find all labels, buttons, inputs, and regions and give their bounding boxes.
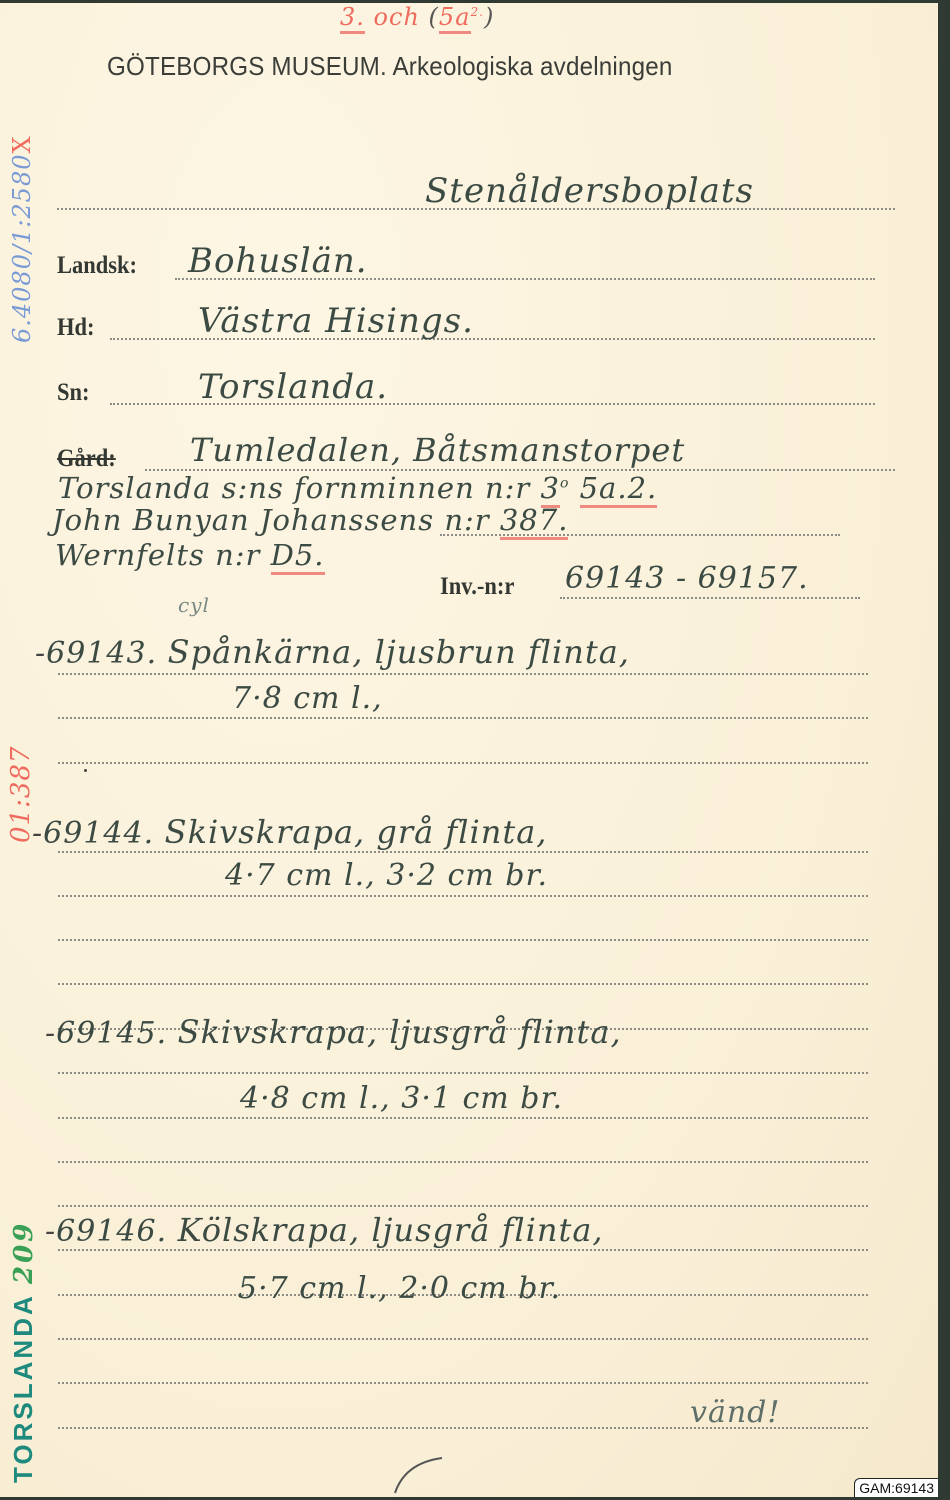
ruled-line bbox=[58, 1249, 868, 1251]
inv-label: Inv.-n:r bbox=[440, 573, 514, 601]
ref-3: 3. bbox=[340, 3, 365, 34]
x-mark-icon: X bbox=[8, 135, 36, 153]
entry-69143: -69143. Spånkärna, ljusbrun flinta, bbox=[35, 633, 630, 671]
entry-description: Skivskrapa, ljusgrå flinta, bbox=[178, 1013, 622, 1051]
entry-number: 69143. bbox=[46, 636, 157, 671]
sn-value: Torslanda. bbox=[198, 367, 388, 407]
note-och: o bbox=[560, 475, 569, 491]
note-ref: D5. bbox=[271, 538, 325, 575]
sn-label: Sn: bbox=[57, 379, 90, 407]
note-ref: 387. bbox=[500, 503, 569, 540]
ink-dot bbox=[84, 769, 87, 772]
ruled-line bbox=[58, 1382, 868, 1384]
ruled-line bbox=[58, 1072, 868, 1074]
entry-description: Kölskrapa, ljusgrå flinta, bbox=[178, 1211, 604, 1249]
header-title: GÖTEBORGS MUSEUM. Arkeologiska avdelning… bbox=[107, 51, 673, 82]
ruled-line bbox=[58, 717, 868, 719]
landsk-label: Landsk: bbox=[57, 252, 137, 280]
note-ref: 5a.2. bbox=[580, 471, 658, 508]
ruled-line bbox=[58, 762, 868, 764]
ruled-line bbox=[58, 1117, 868, 1119]
entry-number: 69144. bbox=[43, 816, 154, 851]
hd-label: Hd: bbox=[57, 314, 95, 342]
gard-label: Gård: bbox=[57, 445, 116, 473]
entry-69144: -69144. Skivskrapa, grå flinta, bbox=[32, 813, 547, 851]
note-text: Wernfelts n:r bbox=[55, 538, 260, 572]
catalog-card: 3. och (5a2.) GÖTEBORGS MUSEUM. Arkeolog… bbox=[0, 3, 938, 1497]
parish-stamp: TORSLANDA 209 bbox=[8, 1221, 39, 1483]
ruled-line bbox=[58, 939, 868, 941]
entry-69146-measure: 5·7 cm l., 2·0 cm br. bbox=[238, 1271, 561, 1306]
entry-69145: -69145. Skivskrapa, ljusgrå flinta, bbox=[45, 1013, 622, 1051]
margin-blue-note: 6.4080/1:2580X bbox=[8, 135, 36, 343]
entry-description: Spånkärna, ljusbrun flinta, bbox=[168, 633, 630, 671]
note-wernfelt: Wernfelts n:r D5. bbox=[55, 538, 325, 572]
stamp-number: 209 bbox=[9, 1221, 39, 1284]
note-text: Torslanda s:ns fornminnen n:r bbox=[58, 471, 530, 505]
ruled-line bbox=[58, 1161, 868, 1163]
pencil-note: cyl bbox=[178, 593, 210, 617]
note-text: John Bunyan Johanssens n:r bbox=[52, 503, 490, 537]
ruled-line bbox=[58, 851, 868, 853]
entry-69143-measure: 7·8 cm l., bbox=[232, 681, 383, 716]
och-text: och bbox=[374, 3, 420, 31]
ref-5a: 5a bbox=[439, 3, 471, 34]
entry-number: 69145. bbox=[56, 1016, 167, 1051]
hd-value: Västra Hisings. bbox=[198, 301, 474, 341]
site-type: Stenåldersboplats bbox=[425, 171, 754, 211]
ruled-line bbox=[58, 673, 868, 675]
gard-label-text: Gård: bbox=[57, 445, 116, 472]
pencil-stroke-icon bbox=[390, 1453, 450, 1498]
top-annotation: 3. och (5a2.) bbox=[340, 3, 494, 31]
note-fornminnen: Torslanda s:ns fornminnen n:r 3o 5a.2. bbox=[58, 471, 657, 505]
stamp-place: TORSLANDA bbox=[8, 1294, 38, 1483]
entry-description: Skivskrapa, grå flinta, bbox=[165, 813, 548, 851]
note-johanssen: John Bunyan Johanssens n:r 387. bbox=[52, 503, 568, 537]
ruled-line bbox=[560, 597, 860, 599]
archive-id-label: GAM:69143 bbox=[854, 1478, 938, 1497]
ref-2: 2. bbox=[471, 5, 484, 19]
gard-value: Tumledalen, Båtsmanstorpet bbox=[190, 431, 685, 469]
ruled-line bbox=[58, 1205, 868, 1207]
entry-69145-measure: 4·8 cm l., 3·1 cm br. bbox=[240, 1081, 563, 1116]
turn-over-note: vänd! bbox=[690, 1395, 780, 1430]
ruled-line bbox=[58, 1338, 868, 1340]
inv-value: 69143 - 69157. bbox=[565, 561, 809, 596]
margin-blue-text: 6.4080/1:2580 bbox=[8, 154, 36, 344]
entry-number: 69146. bbox=[56, 1214, 167, 1249]
entry-69146: -69146. Kölskrapa, ljusgrå flinta, bbox=[45, 1211, 604, 1249]
landsk-value: Bohuslän. bbox=[188, 241, 368, 281]
entry-69144-measure: 4·7 cm l., 3·2 cm br. bbox=[225, 858, 548, 893]
ruled-line bbox=[58, 895, 868, 897]
ruled-line bbox=[58, 983, 868, 985]
